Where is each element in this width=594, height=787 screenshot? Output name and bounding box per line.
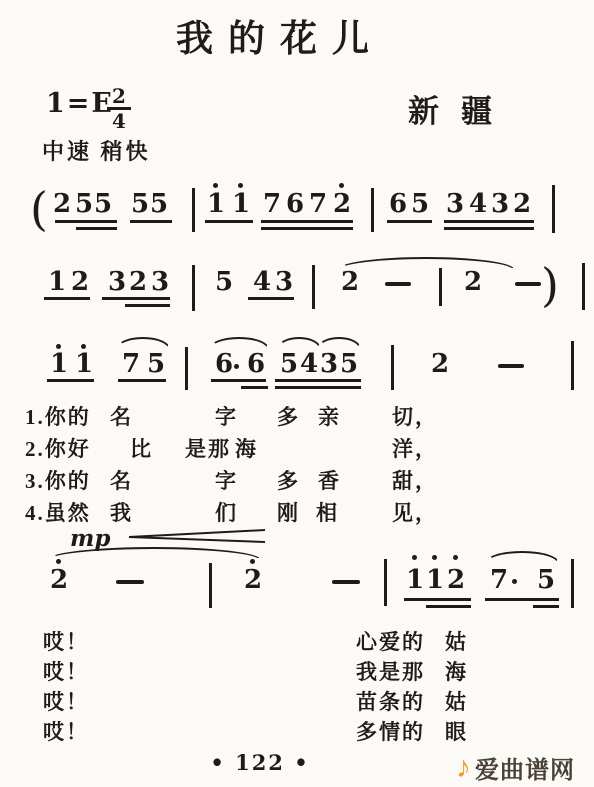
beam	[444, 220, 534, 223]
note: 2	[50, 567, 68, 593]
octave-dot	[339, 183, 344, 188]
note: 5	[411, 191, 429, 217]
watermark-text: 爱曲谱网	[475, 750, 575, 785]
note: 5	[131, 191, 149, 217]
beam	[404, 598, 471, 601]
slur	[209, 337, 269, 349]
barline	[192, 188, 195, 232]
beam	[533, 605, 559, 608]
note: 3	[446, 191, 464, 217]
note: 1	[426, 567, 444, 593]
barline	[384, 559, 387, 606]
beam	[261, 227, 353, 230]
slur	[116, 337, 170, 349]
meter-denominator: 4	[106, 111, 132, 131]
note: 2	[464, 269, 482, 295]
beam	[387, 220, 432, 223]
dash	[332, 580, 360, 584]
lyric-cell: 1.你的	[25, 401, 91, 431]
beam	[130, 220, 172, 223]
beam	[102, 297, 170, 300]
note: 5	[147, 351, 165, 377]
lyric-cell: 洋，	[392, 433, 438, 463]
note: 2	[431, 351, 449, 377]
augmentation-dot	[234, 364, 239, 369]
lyric-cell: 姑	[445, 626, 468, 656]
note: 5	[280, 351, 298, 377]
lyric-cell: 切，	[392, 401, 438, 431]
tempo-marking: 中速 稍快	[42, 135, 151, 166]
dash	[515, 282, 541, 286]
note: 4	[469, 191, 487, 217]
sheet-music-page: 我的花儿 1=E 2 4 新疆 中速 稍快 ( 2 5 5 5 5 1 1 7 …	[0, 0, 594, 787]
barline	[192, 265, 195, 311]
lyric-cell: 名	[110, 401, 133, 431]
note: 3	[151, 269, 169, 295]
barline	[439, 268, 442, 306]
beam	[44, 297, 90, 300]
note: 7	[490, 567, 508, 593]
dash	[498, 364, 524, 368]
beam	[248, 297, 294, 300]
lyric-cell: 我	[110, 497, 133, 527]
lyric-cell: 海	[445, 656, 468, 686]
beam	[55, 220, 117, 223]
beam	[275, 386, 361, 389]
octave-dot	[238, 183, 243, 188]
octave-dot	[56, 344, 61, 349]
slur	[317, 337, 361, 349]
lyric-cell: 眼	[445, 716, 468, 746]
note: 6	[215, 351, 233, 377]
note: 5	[537, 567, 555, 593]
barline	[552, 185, 555, 233]
lyric-cell: 苗条的	[356, 686, 425, 716]
lyric-cell: 刚	[277, 497, 300, 527]
lyric-cell: 见，	[392, 497, 438, 527]
note: 5	[75, 191, 93, 217]
note: 2	[447, 567, 465, 593]
intro-open-paren: (	[30, 186, 48, 232]
note: 5	[150, 191, 168, 217]
lyric-cell: 是那	[185, 433, 231, 463]
note: 5	[94, 191, 112, 217]
note: 6	[389, 191, 407, 217]
barline	[312, 265, 315, 309]
octave-dot	[213, 183, 218, 188]
song-title: 我的花儿	[176, 8, 384, 62]
barline	[391, 345, 394, 390]
beam	[211, 379, 266, 382]
note: 6	[286, 191, 304, 217]
lyric-cell: 比	[130, 433, 153, 463]
octave-dot	[412, 555, 417, 560]
note: 1	[48, 269, 66, 295]
lyric-cell: 心爱的	[356, 626, 425, 656]
lyric-cell: 哎！	[43, 716, 89, 746]
octave-dot	[81, 344, 86, 349]
note: 1	[50, 351, 68, 377]
beam	[205, 220, 253, 223]
note: 2	[244, 567, 262, 593]
note: 7	[309, 191, 327, 217]
lyric-cell: 多情的	[356, 716, 425, 746]
lyric-cell: 甜，	[392, 465, 438, 495]
key-signature: 1=E	[46, 88, 114, 119]
beam	[485, 598, 559, 601]
region-label: 新疆	[408, 86, 514, 131]
note: 3	[275, 269, 293, 295]
note: 7	[122, 351, 140, 377]
lyric-cell: 多	[277, 465, 300, 495]
lyric-cell: 姑	[445, 686, 468, 716]
note: 1	[75, 351, 93, 377]
beam	[444, 227, 534, 230]
note: 5	[340, 351, 358, 377]
lyric-cell: 哎！	[43, 656, 89, 686]
time-signature: 2 4	[106, 86, 132, 131]
lyric-cell: 字	[215, 465, 238, 495]
lyric-cell: 香	[318, 465, 341, 495]
page-number: • 122 •	[195, 750, 325, 775]
note: 2	[129, 269, 147, 295]
augmentation-dot	[512, 579, 517, 584]
beam	[275, 379, 361, 382]
beam	[261, 220, 353, 223]
octave-dot	[453, 555, 458, 560]
note: 1	[207, 191, 225, 217]
meter-numerator: 2	[106, 86, 132, 106]
tie	[337, 257, 515, 270]
note: 2	[71, 269, 89, 295]
note: 7	[263, 191, 281, 217]
note: 6	[247, 351, 265, 377]
beam	[426, 605, 471, 608]
note: 2	[333, 191, 351, 217]
lyric-cell: 海	[235, 433, 258, 463]
beam	[241, 386, 268, 389]
note: 3	[491, 191, 509, 217]
dash	[385, 282, 411, 286]
note: 1	[232, 191, 250, 217]
note: 2	[513, 191, 531, 217]
note: 4	[300, 351, 318, 377]
note: 2	[53, 191, 71, 217]
lyric-cell: 哎！	[43, 626, 89, 656]
lyric-cell: 3.你的	[25, 465, 91, 495]
beam	[125, 304, 170, 307]
note: 4	[253, 269, 271, 295]
lyric-cell: 2.你好	[25, 433, 91, 463]
note: 3	[108, 269, 126, 295]
watermark: ♪ 爱曲谱网	[456, 750, 575, 785]
lyric-cell: 相	[316, 497, 339, 527]
lyric-cell: 我是那	[356, 656, 425, 686]
octave-dot	[250, 559, 255, 564]
barline	[571, 559, 574, 608]
slur	[277, 337, 321, 349]
note: 2	[341, 269, 359, 295]
slur	[485, 551, 559, 563]
lyric-cell: 亲	[318, 401, 341, 431]
barline	[371, 188, 374, 232]
music-note-icon: ♪	[456, 753, 471, 783]
beam	[118, 379, 166, 382]
crescendo-hairpin	[128, 528, 268, 544]
lyric-cell: 们	[215, 497, 238, 527]
lyric-cell: 多	[277, 401, 300, 431]
beam	[47, 379, 94, 382]
octave-dot	[432, 555, 437, 560]
barline	[582, 263, 585, 310]
note: 1	[406, 567, 424, 593]
octave-dot	[56, 559, 61, 564]
beam	[76, 227, 117, 230]
note: 3	[320, 351, 338, 377]
barline	[571, 341, 574, 390]
dash	[116, 580, 144, 584]
barline	[185, 347, 188, 390]
note: 5	[215, 269, 233, 295]
lyric-cell: 字	[215, 401, 238, 431]
lyric-cell: 哎！	[43, 686, 89, 716]
barline	[209, 563, 212, 608]
intro-close-paren: )	[541, 262, 559, 308]
lyric-cell: 4.虽然	[25, 497, 91, 527]
lyric-cell: 名	[110, 465, 133, 495]
